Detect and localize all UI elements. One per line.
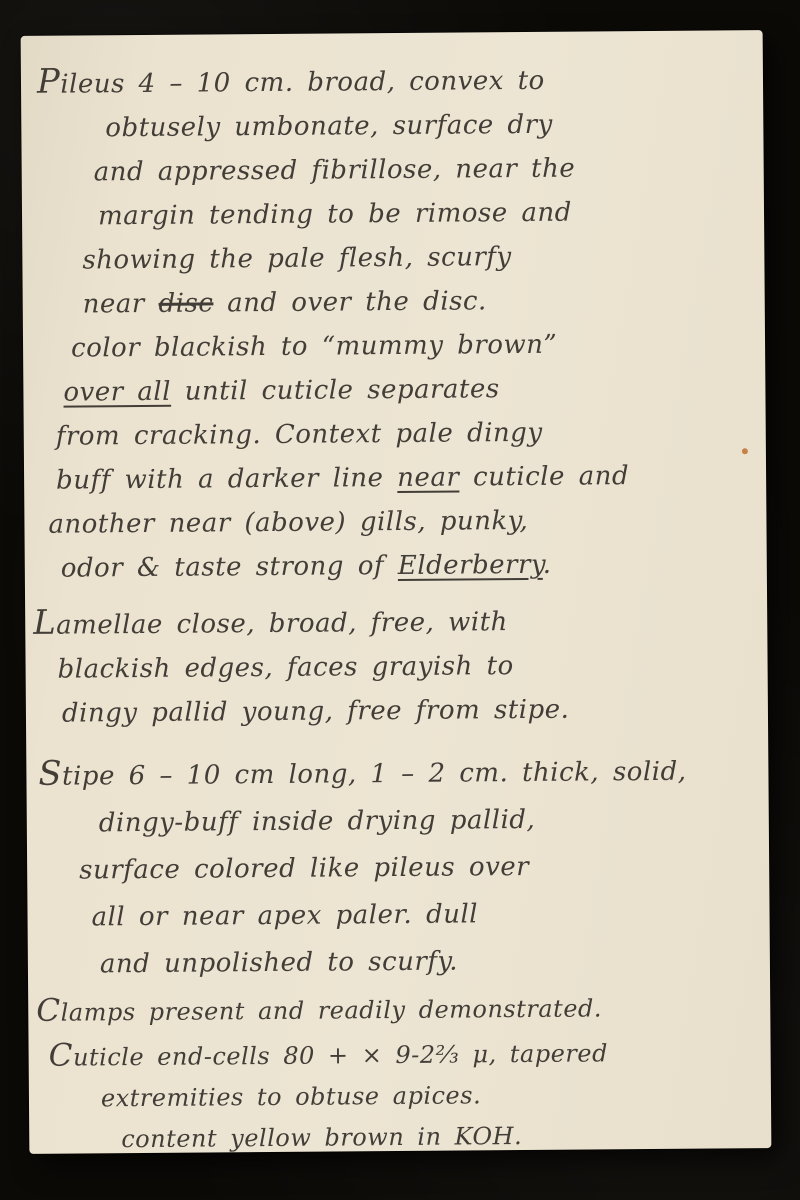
- pileus-line-10-pre: buff with a darker line: [56, 463, 397, 496]
- cuticle-line-2: extremities to obtuse apices.: [101, 1073, 765, 1119]
- section-lamellae: Lamellae close, broad, free, with blacki…: [33, 595, 762, 736]
- pileus-line-1: Pileus 4 – 10 cm. broad, convex to: [37, 54, 757, 107]
- section-pileus: Pileus 4 – 10 cm. broad, convex to obtus…: [29, 54, 761, 591]
- pileus-line-6-post: and over the disc.: [213, 286, 487, 318]
- pileus-line-11: another near (above) gills, punky,: [48, 497, 760, 547]
- pileus-line-9: from cracking. Context pale dingy: [56, 409, 760, 459]
- pileus-line-10-post: cuticle and: [459, 461, 629, 492]
- pileus-line-12-pre: odor & taste strong of: [61, 551, 398, 584]
- section-stipe: Stipe 6 – 10 cm long, 1 – 2 cm. thick, s…: [34, 744, 764, 989]
- pileus-line-4: margin tending to be rimose and: [98, 189, 758, 238]
- pileus-line-8-rest: until cuticle separates: [171, 374, 500, 407]
- lamellae-line-2: blackish edges, faces grayish to: [57, 642, 761, 692]
- handwritten-notes: Pileus 4 – 10 cm. broad, convex to obtus…: [29, 54, 766, 1161]
- stipe-line-4: all or near apex paler. dull: [91, 889, 763, 941]
- pileus-line-12: odor & taste strong of Elderberry.: [61, 541, 761, 590]
- note-card: Pileus 4 – 10 cm. broad, convex to obtus…: [21, 30, 772, 1154]
- pileus-line-6: near disc and over the disc.: [83, 277, 759, 326]
- clamps-line-1: Clamps present and readily demonstrated.: [36, 983, 764, 1036]
- cuticle-line-1: Cuticle end-cells 80 + × 9-2⅔ μ, tapered: [48, 1030, 764, 1079]
- pileus-line-7: color blackish to “mummy brown”: [71, 321, 759, 370]
- pileus-line-6-struck-word: disc: [158, 288, 213, 318]
- pileus-line-12-underlined: Elderberry: [398, 550, 543, 581]
- pileus-line-8: over all until cuticle separates: [63, 365, 759, 414]
- pileus-line-10: buff with a darker line near cuticle and: [56, 453, 760, 503]
- section-clamps: Clamps present and readily demonstrated.: [36, 983, 764, 1036]
- pileus-line-6-pre: near: [83, 289, 159, 320]
- lamellae-line-1: Lamellae close, broad, free, with: [33, 595, 761, 648]
- pileus-line-10-underlined: near: [397, 462, 459, 492]
- stipe-line-3: surface colored like pileus over: [79, 842, 763, 894]
- pileus-line-3: and appressed fibrillose, near the: [94, 145, 758, 194]
- pileus-line-8-underlined: over all: [63, 377, 171, 408]
- photo-backdrop: { "colors": { "backdrop": "#0c0a07", "pa…: [0, 0, 800, 1200]
- pileus-line-5: showing the pale flesh, scurfy: [82, 233, 758, 282]
- section-cuticle: Cuticle end-cells 80 + × 9-2⅔ μ, tapered…: [36, 1030, 765, 1161]
- stipe-line-2: dingy-buff inside drying pallid,: [99, 795, 763, 847]
- stipe-line-5: and unpolished to scurfy.: [100, 936, 764, 988]
- stipe-line-1: Stipe 6 – 10 cm long, 1 – 2 cm. thick, s…: [38, 744, 762, 801]
- pileus-line-2: obtusely umbonate, surface dry: [105, 101, 757, 150]
- lamellae-line-3: dingy pallid young, free from stipe.: [62, 686, 762, 735]
- cuticle-line-3: content yellow brown in KOH.: [121, 1114, 765, 1160]
- pileus-line-12-post: .: [543, 550, 552, 580]
